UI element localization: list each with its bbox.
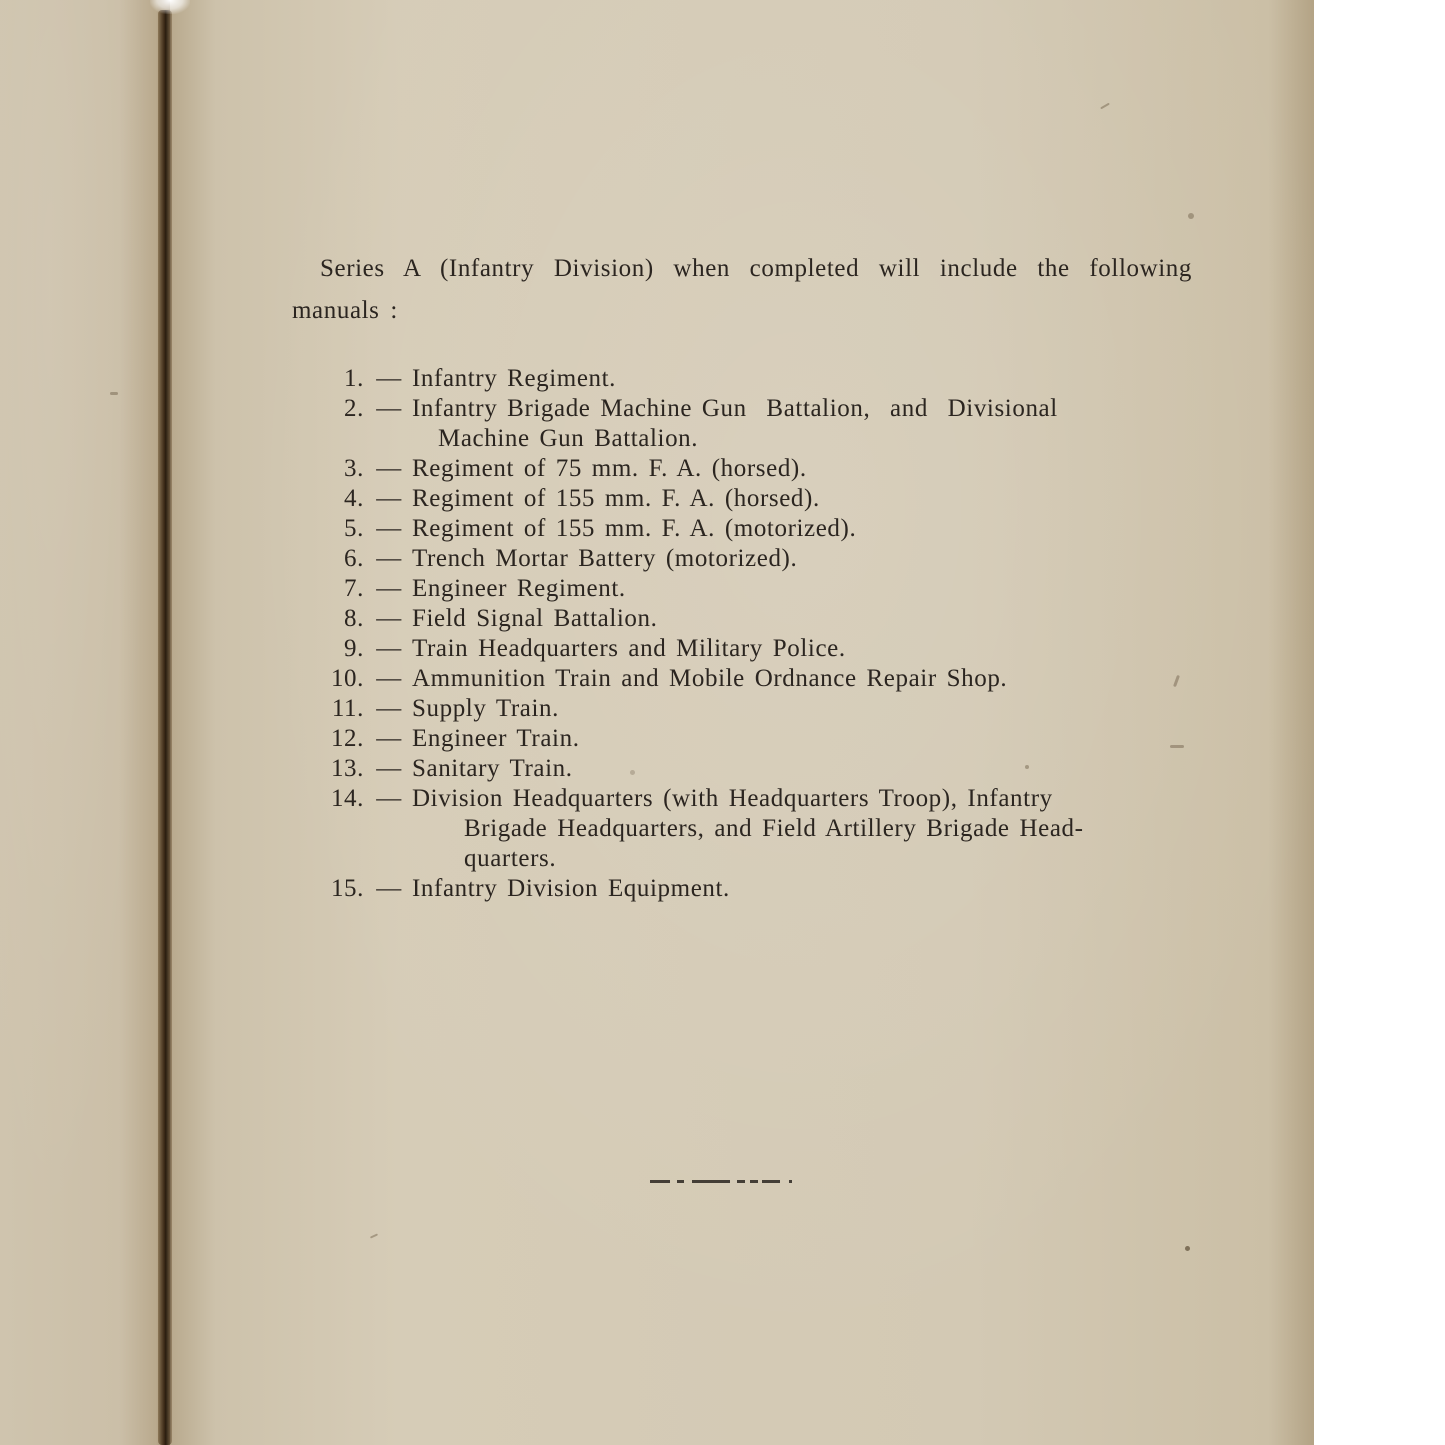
item-title: Regiment of 155 mm. F. A. (motorized). bbox=[408, 514, 1187, 544]
item-dash: — bbox=[370, 784, 408, 814]
intro-paragraph: Series A (Infantry Division) when comple… bbox=[292, 248, 1192, 332]
list-item: 1. — Infantry Regiment. bbox=[292, 364, 1187, 394]
item-title-continuation: quarters. bbox=[412, 844, 1187, 874]
item-number: 13. bbox=[292, 754, 370, 784]
item-number: 1. bbox=[292, 364, 370, 394]
list-item: 5. — Regiment of 155 mm. F. A. (motorize… bbox=[292, 514, 1187, 544]
item-dash: — bbox=[370, 874, 408, 904]
book-gutter bbox=[158, 10, 172, 1445]
item-title-line: Division Headquarters (with Headquarters… bbox=[412, 784, 1187, 814]
item-dash: — bbox=[370, 724, 408, 754]
item-title: Regiment of 75 mm. F. A. (horsed). bbox=[408, 454, 1187, 484]
list-item: 7. — Engineer Regiment. bbox=[292, 574, 1187, 604]
item-title-continuation: Machine Gun Battalion. bbox=[412, 424, 1187, 454]
list-item: 14. — Division Headquarters (with Headqu… bbox=[292, 784, 1187, 874]
item-title-continuation: Brigade Headquarters, and Field Artiller… bbox=[412, 814, 1187, 844]
item-dash: — bbox=[370, 694, 408, 724]
list-item: 10. — Ammunition Train and Mobile Ordnan… bbox=[292, 664, 1187, 694]
paper-fiber bbox=[110, 392, 118, 395]
item-title: Supply Train. bbox=[408, 694, 1187, 724]
item-title-line: Infantry Brigade Machine Gun Battalion, … bbox=[412, 394, 1187, 424]
dashed-rule-ornament bbox=[650, 1180, 800, 1183]
item-dash: — bbox=[370, 484, 408, 514]
item-title: Field Signal Battalion. bbox=[408, 604, 1187, 634]
item-number: 9. bbox=[292, 634, 370, 664]
item-number: 12. bbox=[292, 724, 370, 754]
manuals-list: 1. — Infantry Regiment. 2. — Infantry Br… bbox=[292, 364, 1187, 904]
item-number: 2. bbox=[292, 394, 370, 424]
item-dash: — bbox=[370, 394, 408, 424]
item-title: Infantry Brigade Machine Gun Battalion, … bbox=[408, 394, 1187, 454]
item-dash: — bbox=[370, 514, 408, 544]
item-dash: — bbox=[370, 544, 408, 574]
item-number: 7. bbox=[292, 574, 370, 604]
list-item: 4. — Regiment of 155 mm. F. A. (horsed). bbox=[292, 484, 1187, 514]
item-number: 11. bbox=[292, 694, 370, 724]
book-photo: Series A (Infantry Division) when comple… bbox=[0, 0, 1445, 1445]
item-number: 3. bbox=[292, 454, 370, 484]
item-dash: — bbox=[370, 634, 408, 664]
item-number: 8. bbox=[292, 604, 370, 634]
item-title: Regiment of 155 mm. F. A. (horsed). bbox=[408, 484, 1187, 514]
item-number: 5. bbox=[292, 514, 370, 544]
item-number: 15. bbox=[292, 874, 370, 904]
item-title: Ammunition Train and Mobile Ordnance Rep… bbox=[408, 664, 1187, 694]
item-title: Trench Mortar Battery (motorized). bbox=[408, 544, 1187, 574]
list-item: 15. — Infantry Division Equipment. bbox=[292, 874, 1187, 904]
item-title: Infantry Regiment. bbox=[408, 364, 1187, 394]
item-dash: — bbox=[370, 754, 408, 784]
item-dash: — bbox=[370, 664, 408, 694]
list-item: 11. — Supply Train. bbox=[292, 694, 1187, 724]
paper-fiber bbox=[370, 1233, 378, 1238]
item-dash: — bbox=[370, 364, 408, 394]
list-item: 2. — Infantry Brigade Machine Gun Battal… bbox=[292, 394, 1187, 454]
item-title: Division Headquarters (with Headquarters… bbox=[408, 784, 1187, 874]
item-title: Engineer Train. bbox=[408, 724, 1187, 754]
item-title: Train Headquarters and Military Police. bbox=[408, 634, 1187, 664]
paper-fiber bbox=[1100, 103, 1110, 110]
item-number: 4. bbox=[292, 484, 370, 514]
list-item: 9. — Train Headquarters and Military Pol… bbox=[292, 634, 1187, 664]
item-number: 6. bbox=[292, 544, 370, 574]
list-item: 6. — Trench Mortar Battery (motorized). bbox=[292, 544, 1187, 574]
page-text-block: Series A (Infantry Division) when comple… bbox=[292, 248, 1192, 332]
item-number: 10. bbox=[292, 664, 370, 694]
item-dash: — bbox=[370, 604, 408, 634]
list-item: 8. — Field Signal Battalion. bbox=[292, 604, 1187, 634]
paper-speck bbox=[1188, 213, 1194, 219]
list-item: 12. — Engineer Train. bbox=[292, 724, 1187, 754]
item-title: Engineer Regiment. bbox=[408, 574, 1187, 604]
list-item: 3. — Regiment of 75 mm. F. A. (horsed). bbox=[292, 454, 1187, 484]
item-title: Infantry Division Equipment. bbox=[408, 874, 1187, 904]
item-title: Sanitary Train. bbox=[408, 754, 1187, 784]
list-item: 13. — Sanitary Train. bbox=[292, 754, 1187, 784]
left-facing-page bbox=[0, 0, 170, 1445]
item-number: 14. bbox=[292, 784, 370, 814]
gutter-highlight bbox=[150, 0, 190, 14]
item-dash: — bbox=[370, 574, 408, 604]
item-dash: — bbox=[370, 454, 408, 484]
paper-speck bbox=[1185, 1246, 1190, 1251]
